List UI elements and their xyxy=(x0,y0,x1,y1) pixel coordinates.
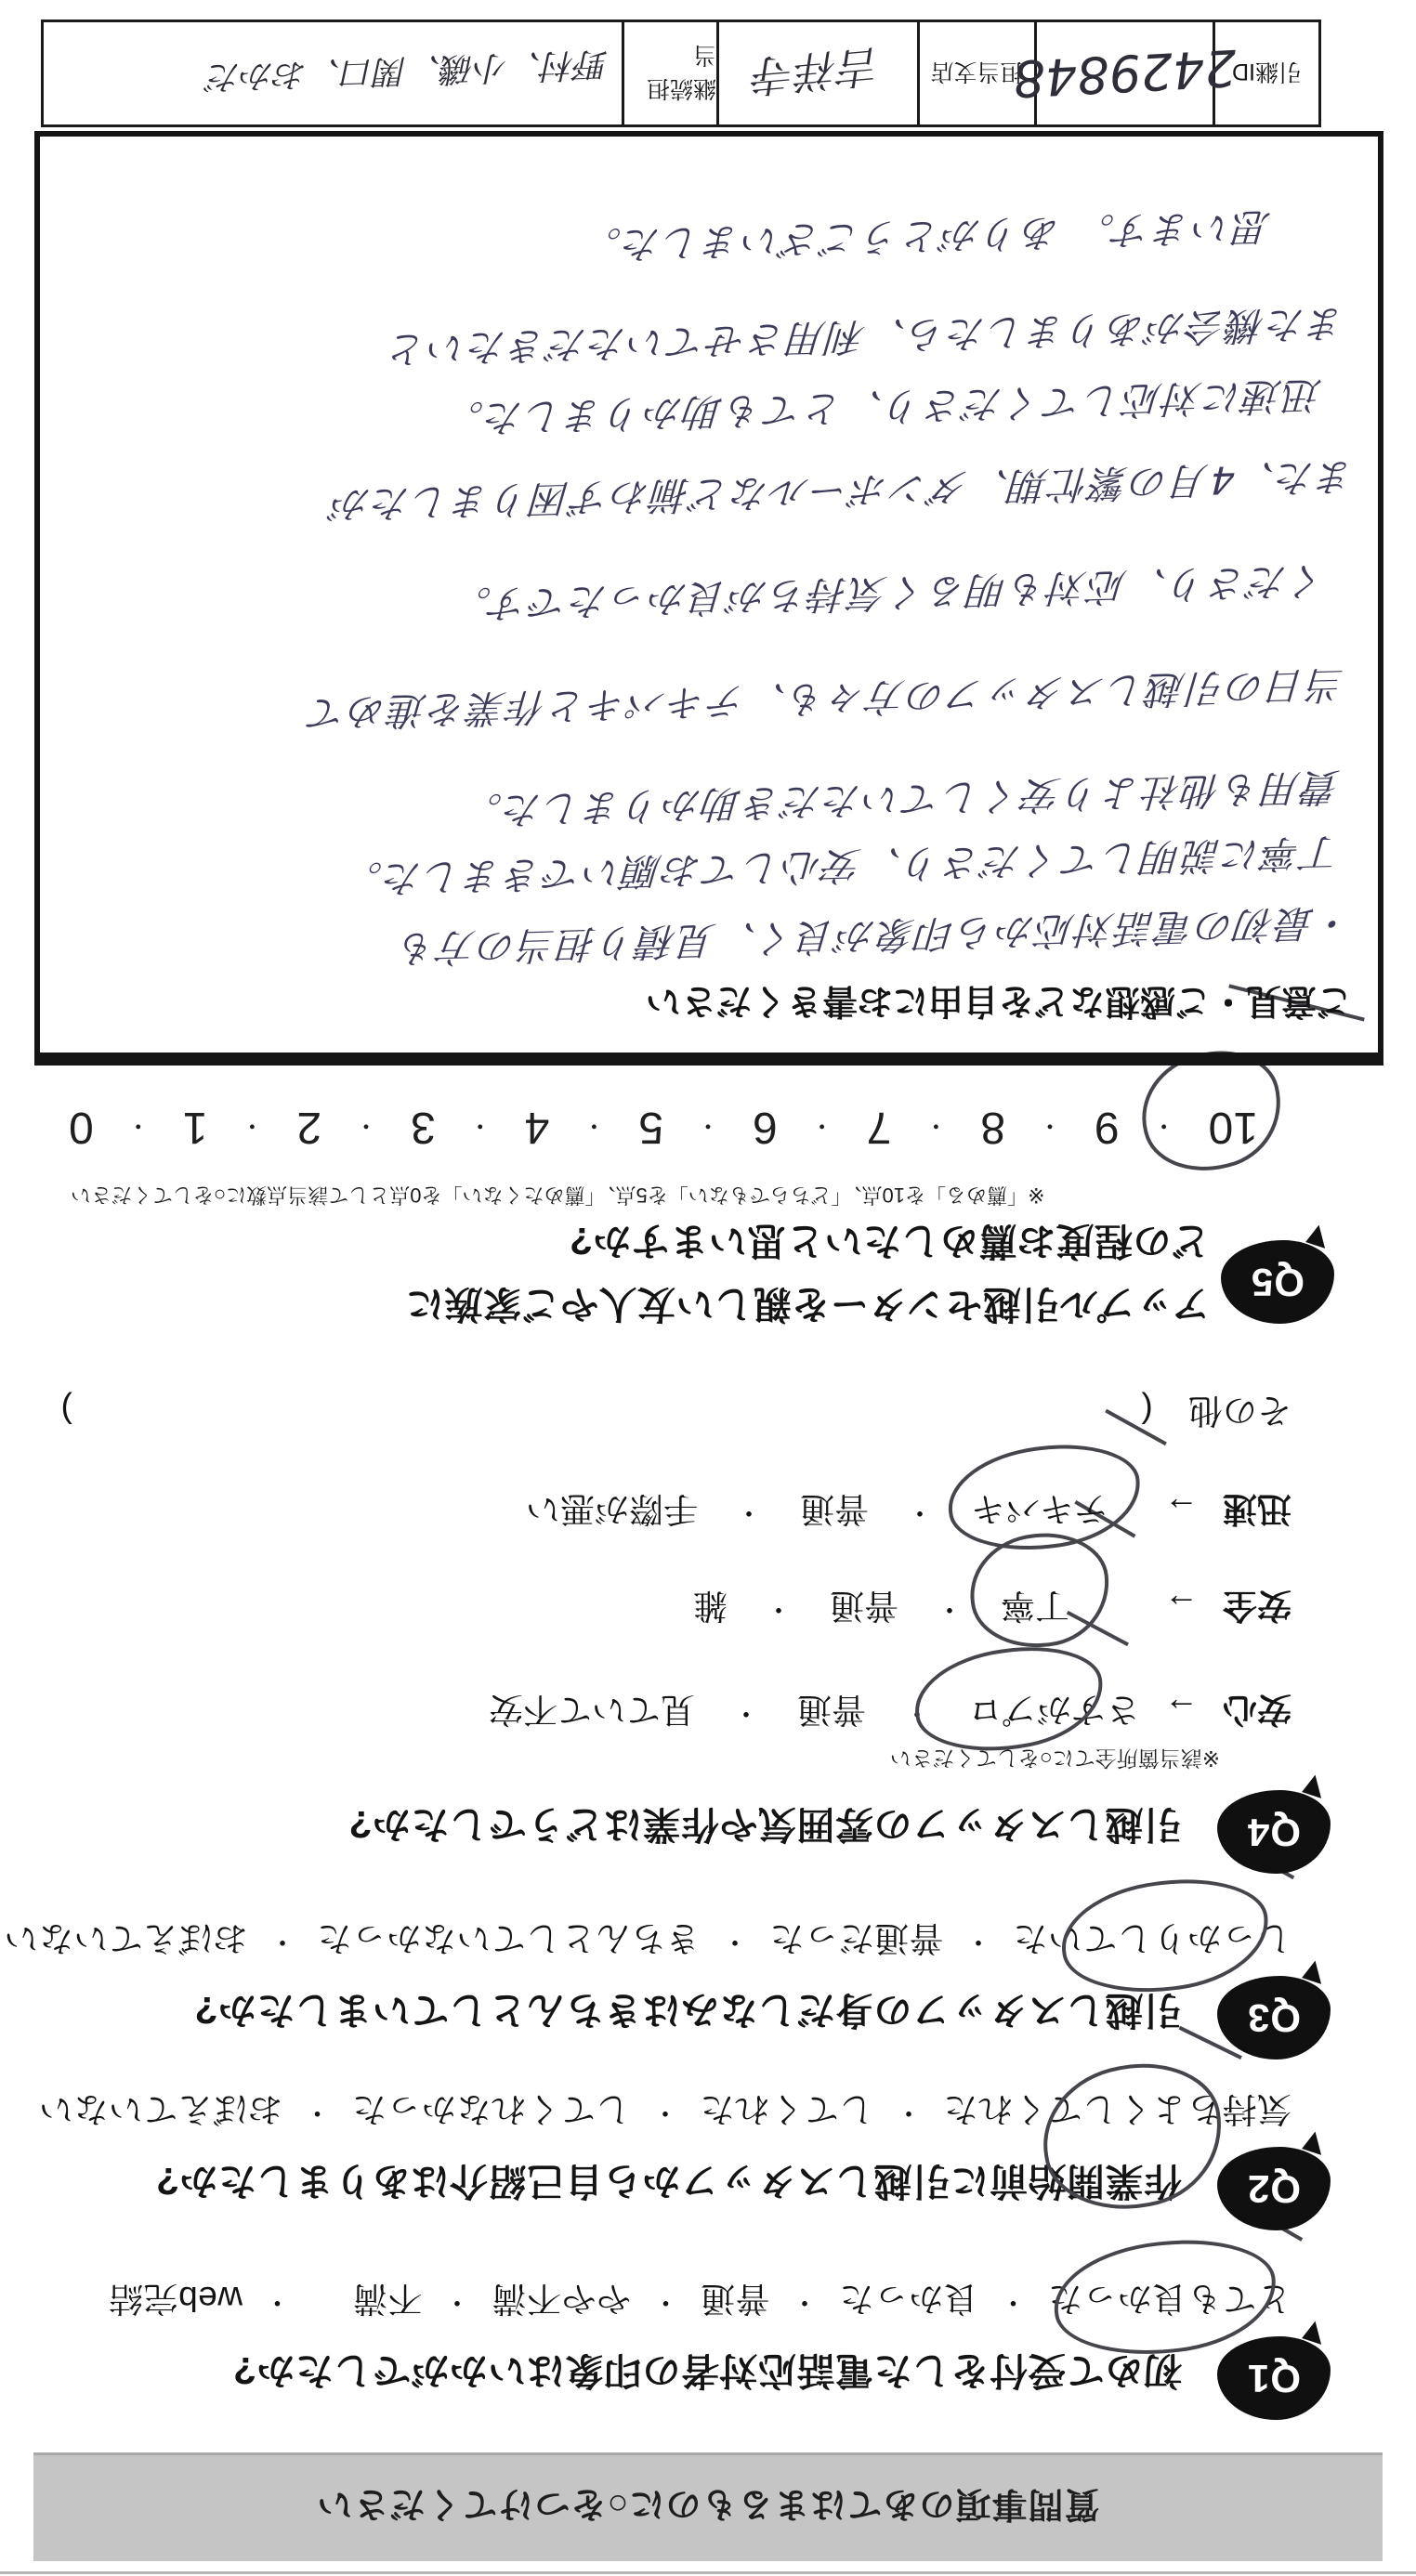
q4-title: 引越しスタッフの雰囲気や作業はどうでしたか? xyxy=(348,1800,1182,1855)
handwritten-line: 迅速に対応してくださり、とても助かりました。 xyxy=(442,371,1323,451)
option-separator: ・ xyxy=(765,1593,793,1624)
option: 雑 xyxy=(693,1587,728,1625)
option: してくれなかった xyxy=(352,2090,631,2128)
option: 普通 xyxy=(800,1490,869,1528)
option: 不満 xyxy=(353,2280,423,2318)
cell-hikitsugi-id-value: 2429848 xyxy=(1034,22,1213,124)
survey-sheet-rotated-180: 質問事項のあてはまるものに○をつけてください Q1 初めて受付をした電話応対者の… xyxy=(0,0,1416,2576)
scale-value: 5 xyxy=(638,1102,663,1153)
instruction-bar: 質問事項のあてはまるものに○をつけてください xyxy=(33,2452,1383,2561)
arrow-icon: → xyxy=(1164,1490,1199,1528)
scale-value: 9 xyxy=(1095,1102,1120,1153)
q2-label: Q2 xyxy=(1247,2166,1301,2211)
scale-value: 6 xyxy=(753,1102,778,1153)
q4-label: Q4 xyxy=(1247,1810,1301,1854)
option: 普通 xyxy=(830,1587,898,1625)
option-separator: ・ xyxy=(936,1593,964,1624)
scale-value: 1 xyxy=(183,1102,208,1153)
q4-other-row: その他 ( ) xyxy=(61,1389,1292,1439)
paren-open: ( xyxy=(1141,1392,1152,1430)
option: 手際が悪い xyxy=(526,1490,698,1528)
scale-dot: ・ xyxy=(924,1110,948,1144)
scale-value: 7 xyxy=(867,1102,892,1153)
option-separator: ・ xyxy=(895,2097,924,2127)
scale-value: 0 xyxy=(69,1102,94,1153)
option-separator: ・ xyxy=(791,2286,819,2317)
scale-dot: ・ xyxy=(354,1110,378,1144)
scale-dot: ・ xyxy=(468,1110,492,1144)
scanned-survey-page: 質問事項のあてはまるものに○をつけてください Q1 初めて受付をした電話応対者の… xyxy=(0,0,1416,2576)
handwritten-line: 費用も他社より安くしていただき助かりました。 xyxy=(461,763,1342,843)
handwritten-line: ・最初の電話対応から印象が良く、見積り担当の方も xyxy=(396,898,1356,980)
q4-note: ※該当箇所全てに○をしてください xyxy=(890,1745,1220,1775)
other-label: その他 xyxy=(1188,1392,1291,1430)
q1-title: 初めて受付をした電話応対者の印象はいかがでしたか? xyxy=(232,2347,1182,2401)
option: してくれた xyxy=(700,2090,874,2128)
option: 良かった xyxy=(839,2280,978,2318)
option: 見ていて不安 xyxy=(489,1691,695,1729)
arrow-icon: → xyxy=(1164,1587,1199,1625)
arrow-icon: → xyxy=(1164,1691,1199,1729)
handwritten-value: 吉祥寺 xyxy=(752,37,885,110)
option: やや不満 xyxy=(492,2280,631,2318)
q4-row-jinsoku: 迅速→テキパキ・普通・手際が悪い xyxy=(526,1487,1291,1537)
scan-edge-line xyxy=(0,2571,1416,2574)
option-separator: ・ xyxy=(443,2286,472,2317)
option: web完結 xyxy=(109,2280,243,2318)
q5-title-line1: アップル引越センターを親しい友人やご家族に xyxy=(406,1280,1210,1335)
cell-keizoku-label: 継続担当 xyxy=(622,22,716,124)
paren-close: ) xyxy=(61,1392,72,1430)
option: 普通 xyxy=(797,1691,866,1729)
selection-circle-q4-anshin xyxy=(908,1636,1109,1761)
q5-note: ※「薦める」を10点、「どちらでもない」を5点、「薦めたくない」を0点として該当… xyxy=(71,1182,1044,1210)
option-separator: ・ xyxy=(964,1926,993,1956)
selection-circle-q4-jinsoku xyxy=(942,1435,1147,1561)
cell-branch-value: 吉祥寺 xyxy=(716,22,917,124)
option-separator: ・ xyxy=(651,2286,680,2317)
option-separator: ・ xyxy=(735,1497,763,1527)
scale-dot: ・ xyxy=(126,1110,151,1144)
q2-bubble-icon: Q2 xyxy=(1217,2147,1331,2230)
handover-table: 引継ID 2429848 担当支店 吉祥寺 継続担当 野村、小磯、関口、おかだ xyxy=(41,20,1321,127)
instruction-text: 質問事項のあてはまるものに○をつけてください xyxy=(317,2483,1100,2534)
table-label: 担当支店 xyxy=(931,57,1024,90)
q5-label: Q5 xyxy=(1251,1260,1305,1304)
scale-dot: ・ xyxy=(810,1110,834,1144)
option-separator: ・ xyxy=(303,2097,332,2127)
handwritten-value: 野村、小磯、関口、おかだ xyxy=(206,43,610,104)
scale-dot: ・ xyxy=(240,1110,264,1144)
table-label: 引継ID xyxy=(1232,57,1302,90)
q4-bubble-icon: Q4 xyxy=(1217,1790,1331,1874)
option: おぼえていない xyxy=(39,2090,283,2128)
q2-title: 作業開始前に引越しスタッフから自己紹介はありましたか? xyxy=(155,2157,1182,2212)
scale-dot: ・ xyxy=(696,1110,720,1144)
q3-bubble-icon: Q3 xyxy=(1217,1976,1331,2059)
scale-dot: ・ xyxy=(1038,1110,1062,1144)
row-label: 安心 xyxy=(1223,1691,1291,1729)
option-separator: ・ xyxy=(999,2286,1028,2317)
comment-box-label: ご意見・ご感想などを自由にお書きください xyxy=(646,979,1352,1030)
q5-title-line2: どの程度お薦めしたいと思いますか? xyxy=(569,1217,1210,1272)
handwritten-line: また、4月の繁忙期、ダンボールなど揃わず困りましたが xyxy=(329,452,1356,536)
handwritten-line: くださり、応対も明るく気持ちが良かったです。 xyxy=(450,556,1328,635)
scale-value: 2 xyxy=(296,1102,321,1153)
row-label: 迅速 xyxy=(1223,1490,1291,1528)
q3-title: 引越しスタッフの身だしなみはきちんとしていましたか? xyxy=(194,1986,1182,2041)
q5-bubble-icon: Q5 xyxy=(1221,1240,1334,1324)
option-separator: ・ xyxy=(263,2286,292,2317)
option: 普通 xyxy=(701,2280,770,2318)
option-separator: ・ xyxy=(732,1697,760,1728)
q4-row-anshin: 安心→さすがプロ・普通・見ていて不安 xyxy=(489,1688,1291,1738)
handwritten-line: 当日の引越しスタッフの方々も、テキパキと作業を進めて xyxy=(306,660,1346,743)
option: 普通だった xyxy=(769,1919,944,1957)
handwritten-line: また機会がありましたら、利用させていただきたいと xyxy=(386,299,1346,381)
scale-value: 3 xyxy=(411,1102,436,1153)
option: きちんとしていなかった xyxy=(317,1919,701,1957)
q1-bubble-icon: Q1 xyxy=(1217,2336,1331,2420)
q3-label: Q3 xyxy=(1247,1995,1301,2040)
option-separator: ・ xyxy=(651,2097,680,2127)
row-label: 安全 xyxy=(1223,1587,1291,1625)
handwritten-line: 思います。 ありがとうございました。 xyxy=(580,203,1272,277)
scale-value: 8 xyxy=(980,1102,1005,1153)
cell-keizoku-value: 野村、小磯、関口、おかだ xyxy=(44,22,622,124)
option: おぼえていない xyxy=(4,1919,248,1957)
scale-value: 4 xyxy=(525,1102,550,1153)
q5-rating-scale: 10・9・8・7・6・5・4・3・2・1・0 xyxy=(69,1102,1258,1153)
option-separator: ・ xyxy=(721,1926,750,1956)
q1-label: Q1 xyxy=(1247,2356,1301,2400)
scale-dot: ・ xyxy=(582,1110,606,1144)
option-separator: ・ xyxy=(906,1497,934,1527)
comment-box: ご意見・ご感想などを自由にお書きください ・最初の電話対応から印象が良く、見積り… xyxy=(34,131,1383,1066)
option-separator: ・ xyxy=(269,1926,297,1956)
table-label: 継続担当 xyxy=(624,40,716,107)
handwritten-value: 2429848 xyxy=(1012,38,1238,109)
